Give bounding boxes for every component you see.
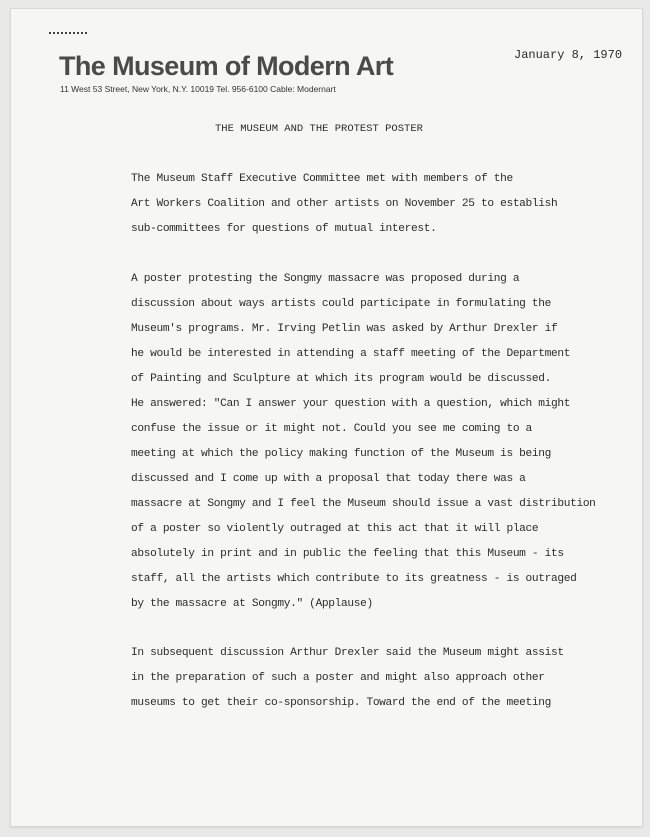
text-line: sub-committees for questions of mutual i…	[131, 217, 557, 242]
text-line: by the massacre at Songmy." (Applause)	[131, 592, 596, 617]
text-line: of Painting and Sculpture at which its p…	[131, 367, 596, 392]
letter-date: January 8, 1970	[514, 48, 622, 62]
paragraph-1: The Museum Staff Executive Committee met…	[131, 167, 557, 242]
text-line: massacre at Songmy and I feel the Museum…	[131, 492, 596, 517]
text-line: discussion about ways artists could part…	[131, 292, 596, 317]
document-title: THE MUSEUM AND THE PROTEST POSTER	[215, 123, 423, 135]
text-line: meeting at which the policy making funct…	[131, 442, 596, 467]
text-line: in the preparation of such a poster and …	[131, 666, 564, 691]
text-line: He answered: "Can I answer your question…	[131, 392, 596, 417]
text-line: discussed and I come up with a proposal …	[131, 467, 596, 492]
text-line: he would be interested in attending a st…	[131, 342, 596, 367]
text-line: Museum's programs. Mr. Irving Petlin was…	[131, 317, 596, 342]
text-line: museums to get their co-sponsorship. Tow…	[131, 691, 564, 716]
text-line: A poster protesting the Songmy massacre …	[131, 267, 596, 292]
text-line: confuse the issue or it might not. Could…	[131, 417, 596, 442]
letterhead-address: 11 West 53 Street, New York, N.Y. 10019 …	[60, 84, 336, 94]
paragraph-2: A poster protesting the Songmy massacre …	[131, 267, 596, 617]
text-line: absolutely in print and in public the fe…	[131, 542, 596, 567]
text-line: Art Workers Coalition and other artists …	[131, 192, 557, 217]
text-line: of a poster so violently outraged at thi…	[131, 517, 596, 542]
text-line: In subsequent discussion Arthur Drexler …	[131, 641, 564, 666]
document-page: The Museum of Modern Art 11 West 53 Stre…	[10, 8, 643, 827]
letterhead-logo: The Museum of Modern Art	[59, 50, 393, 82]
text-line: The Museum Staff Executive Committee met…	[131, 167, 557, 192]
punch-mark	[49, 32, 87, 36]
text-line: staff, all the artists which contribute …	[131, 567, 596, 592]
paragraph-3: In subsequent discussion Arthur Drexler …	[131, 641, 564, 716]
